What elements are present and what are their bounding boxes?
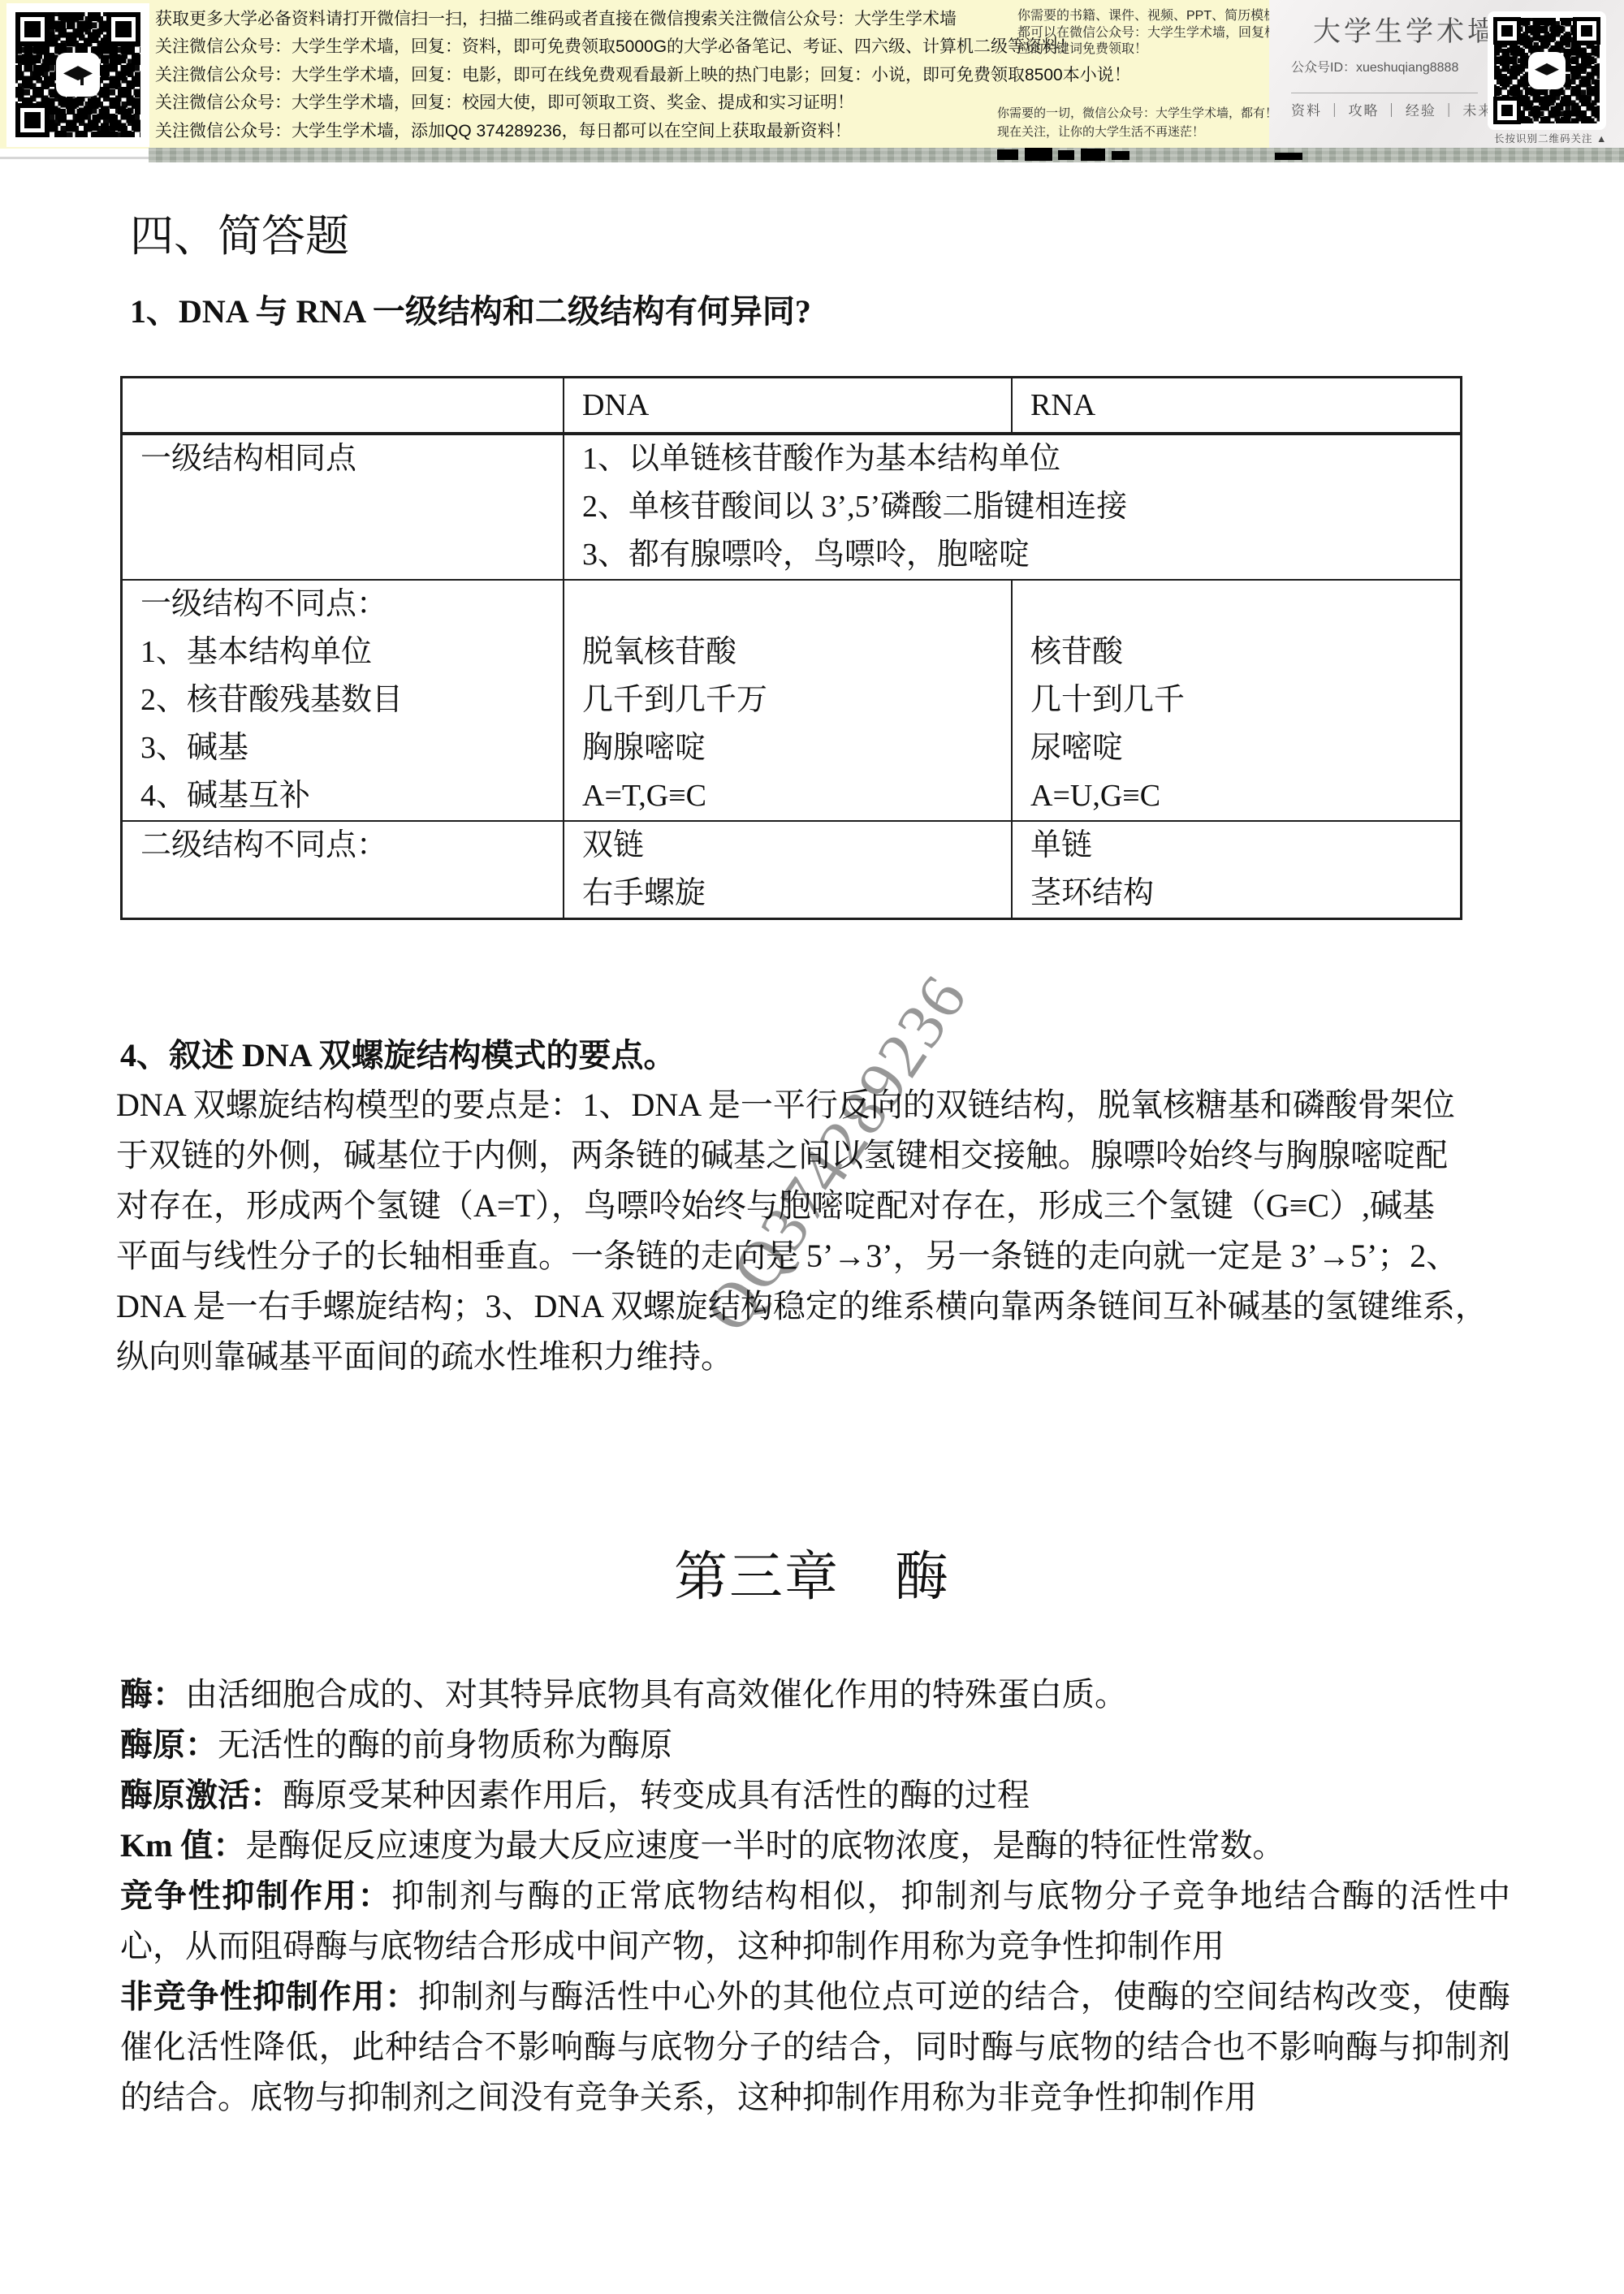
- banner-middle-paragraph-1: 你需要的书籍、课件、视频、PPT、简历模板 都可以在微信公众号：大学生学术墙，回…: [1017, 8, 1294, 58]
- chapter-title: 第三章 酶: [0, 1533, 1624, 1610]
- clipped-text-fragment: [1081, 149, 1105, 161]
- header-cell-empty: [123, 378, 563, 432]
- row-merged-cell: 1、以单链核苷酸作为基本结构单位 2、单核苷酸间以 3’,5’磷酸二脂键相连接 …: [563, 435, 1460, 579]
- definition-text: 无活性的酶的前身物质称为酶原: [218, 1726, 672, 1763]
- promo-banner: 获取更多大学必备资料请打开微信扫一扫，扫描二维码或者直接在微信搜索关注微信公众号…: [0, 0, 1624, 149]
- banner-middle-line: 应的关键词免费领取！: [1017, 41, 1294, 58]
- definition-term: 酶：: [120, 1676, 185, 1713]
- table-cell-line: A=U,G≡C: [1030, 772, 1460, 820]
- table-cell-line: 1、基本结构单位: [140, 629, 563, 676]
- scan-edge-strip: [149, 148, 1624, 162]
- answer-line: DNA 是一右手螺旋结构；3、DNA 双螺旋结构稳定的维系横向靠两条链间互补碱基…: [116, 1281, 1510, 1332]
- rna-cell: 单链 茎环结构: [1011, 822, 1460, 918]
- clipped-text-fragment: [1275, 153, 1302, 160]
- table-cell-line: A=T,G≡C: [582, 772, 1011, 820]
- qr-caption: 长按识别二维码关注 ▲: [1494, 134, 1607, 145]
- banner-middle-line: 现在关注，让你的大学生活不再迷茫！: [997, 123, 1281, 141]
- row-label-cell: 二级结构不同点：: [123, 822, 563, 918]
- table-cell-line: 双链: [582, 822, 1011, 870]
- definition-text: 由活细胞合成的、对其特异底物具有高效催化作用的特殊蛋白质。: [185, 1676, 1127, 1713]
- answer-line: 对存在，形成两个氢键（A=T），鸟嘌呤始终与胞嘧啶配对存在，形成三个氢键（G≡C…: [116, 1181, 1510, 1231]
- table-cell-line: 胸腺嘧啶: [582, 724, 1011, 772]
- clipped-text-fragment: [1112, 151, 1129, 160]
- definition-item: 酶：由活细胞合成的、对其特异底物具有高效催化作用的特殊蛋白质。: [120, 1670, 1510, 1720]
- row-label: 一级结构相同点: [140, 435, 563, 483]
- definition-item: Km 值：是酶促反应速度为最大反应速度一半时的底物浓度，是酶的特征性常数。: [120, 1821, 1510, 1871]
- answer-line: DNA 双螺旋结构模型的要点是：1、DNA 是一平行反向的双链结构，脱氧核糖基和…: [116, 1080, 1510, 1130]
- section-heading: 四、简答题: [130, 201, 349, 264]
- graduation-cap-icon: [1535, 63, 1559, 76]
- table-cell-line: 几千到几千万: [582, 676, 1011, 724]
- account-tags: 资料 ｜ 攻略 ｜ 经验 ｜ 未来: [1291, 104, 1493, 118]
- row-label-cell: 一级结构相同点: [123, 435, 563, 579]
- dna-cell: 脱氧核苷酸 几千到几千万 胸腺嘧啶 A=T,G≡C: [563, 581, 1011, 820]
- qr-code-left-box: [6, 3, 149, 147]
- definition-text: 是酶促反应速度为最大反应速度一半时的底物浓度，是酶的特征性常数。: [245, 1827, 1285, 1864]
- graduation-cap-logo: [1531, 54, 1563, 87]
- row-label: 一级结构不同点：: [140, 581, 563, 629]
- table-cell-line: 茎环结构: [1030, 870, 1460, 918]
- clipped-text-fragment: [1025, 148, 1052, 161]
- definition-item: 竞争性抑制作用：抑制剂与酶的正常底物结构相似，抑制剂与底物分子竞争地结合酶的活性…: [120, 1871, 1510, 1972]
- scan-edge-strip-left: [0, 157, 149, 159]
- banner-middle-paragraph-2: 你需要的一切，微信公众号：大学生学术墙，都有！ 现在关注，让你的大学生活不再迷茫…: [997, 104, 1281, 141]
- account-title: 大学生学术墙: [1313, 18, 1498, 45]
- spacer-line: [582, 581, 1011, 629]
- banner-middle-line: 你需要的书籍、课件、视频、PPT、简历模板: [1017, 8, 1294, 25]
- table-cell-line: 尿嘧啶: [1030, 724, 1460, 772]
- definition-item: 酶原：无活性的酶的前身物质称为酶原: [120, 1720, 1510, 1770]
- qr-finder-icon: [1493, 97, 1521, 124]
- table-row: 一级结构不同点： 1、基本结构单位 2、核苷酸残基数目 3、碱基 4、碱基互补 …: [123, 579, 1460, 820]
- graduation-cap-logo: [58, 55, 97, 94]
- graduation-cap-icon: [63, 66, 93, 80]
- definition-term: 酶原：: [120, 1726, 218, 1763]
- definitions-list: 酶：由活细胞合成的、对其特异底物具有高效催化作用的特殊蛋白质。 酶原：无活性的酶…: [120, 1670, 1510, 2123]
- question-4-answer: DNA 双螺旋结构模型的要点是：1、DNA 是一平行反向的双链结构，脱氧核糖基和…: [116, 1080, 1510, 1382]
- definition-term: 酶原激活：: [120, 1777, 283, 1813]
- table-row: 二级结构不同点： 双链 右手螺旋 单链 茎环结构: [123, 820, 1460, 918]
- qr-code-icon: [14, 11, 142, 139]
- qr-finder-icon: [106, 12, 140, 46]
- definition-item: 非竞争性抑制作用：抑制剂与酶活性中心外的其他位点可逆的结合，使酶的空间结构改变，…: [120, 1972, 1510, 2123]
- table-cell-line: 单链: [1030, 822, 1460, 870]
- definition-text: 酶原受某种因素作用后，转变成具有活性的酶的过程: [283, 1777, 1030, 1813]
- definition-term: 竞争性抑制作用：: [120, 1877, 391, 1914]
- banner-line: 获取更多大学必备资料请打开微信扫一扫，扫描二维码或者直接在微信搜索关注微信公众号…: [155, 6, 1131, 33]
- table-header-row: DNA RNA: [123, 378, 1460, 434]
- table-cell-line: 3、碱基: [140, 724, 563, 772]
- qr-finder-icon: [1573, 17, 1600, 45]
- table-cell-line: 3、都有腺嘌呤，鸟嘌呤，胞嘧啶: [582, 531, 1460, 579]
- row-label-cell: 一级结构不同点： 1、基本结构单位 2、核苷酸残基数目 3、碱基 4、碱基互补: [123, 581, 563, 820]
- graduation-cap-tassel: [80, 76, 84, 85]
- qr-code-icon: [1488, 11, 1606, 130]
- header-cell-rna: RNA: [1011, 378, 1460, 432]
- qr-finder-icon: [1493, 17, 1521, 45]
- row-label: 二级结构不同点：: [140, 822, 563, 870]
- qr-finder-icon: [15, 12, 50, 46]
- question-1-heading: 1、DNA 与 RNA 一级结构和二级结构有何异同?: [130, 286, 811, 332]
- banner-line: 关注微信公众号：大学生学术墙，回复：资料，即可免费领取5000G的大学必备笔记、…: [155, 33, 1131, 61]
- account-id: 公众号ID：xueshuqiang8888: [1291, 62, 1458, 75]
- card-divider: [1291, 93, 1478, 93]
- banner-middle-line: 你需要的一切，微信公众号：大学生学术墙，都有！: [997, 104, 1281, 123]
- table-cell-line: 1、以单链核苷酸作为基本结构单位: [582, 435, 1460, 483]
- spacer-line: [1030, 581, 1460, 629]
- table-cell-line: 脱氧核苷酸: [582, 629, 1011, 676]
- answer-line: 纵向则靠碱基平面间的疏水性堆积力维持。: [116, 1332, 1510, 1382]
- dna-cell: 双链 右手螺旋: [563, 822, 1011, 918]
- banner-line: 关注微信公众号：大学生学术墙，回复：电影，即可在线免费观看最新上映的热门电影；回…: [155, 62, 1131, 89]
- definition-item: 酶原激活：酶原受某种因素作用后，转变成具有活性的酶的过程: [120, 1770, 1510, 1821]
- answer-line: 平面与线性分子的长轴相垂直。一条链的走向是 5’→3’，另一条链的走向就一定是 …: [116, 1231, 1510, 1281]
- table-cell-line: 几十到几千: [1030, 676, 1460, 724]
- dna-rna-comparison-table: DNA RNA 一级结构相同点 1、以单链核苷酸作为基本结构单位 2、单核苷酸间…: [120, 376, 1462, 920]
- banner-line: 关注微信公众号：大学生学术墙，回复：校园大使，即可领取工资、奖金、提成和实习证明…: [155, 89, 1131, 117]
- clipped-text-fragment: [1058, 150, 1074, 160]
- table-cell-line: 右手螺旋: [582, 870, 1011, 918]
- table-cell-line: 核苷酸: [1030, 629, 1460, 676]
- table-cell-line: 2、核苷酸残基数目: [140, 676, 563, 724]
- wechat-account-card: 大学生学术墙 公众号ID：xueshuqiang8888 资料 ｜ 攻略 ｜ 经…: [1269, 0, 1624, 149]
- banner-middle-line: 都可以在微信公众号：大学生学术墙，回复相: [1017, 25, 1294, 42]
- table-cell-line: 2、单核苷酸间以 3’,5’磷酸二脂键相连接: [582, 483, 1460, 531]
- banner-promo-lines: 获取更多大学必备资料请打开微信扫一扫，扫描二维码或者直接在微信搜索关注微信公众号…: [155, 6, 1131, 145]
- banner-line: 关注微信公众号：大学生学术墙，添加QQ 374289236，每日都可以在空间上获…: [155, 118, 1131, 145]
- definition-term: 非竞争性抑制作用：: [120, 1978, 418, 2015]
- definition-term: Km 值：: [120, 1827, 245, 1864]
- answer-line: 于双链的外侧，碱基位于内侧，两条链的碱基之间以氢键相交接触。腺嘌呤始终与胸腺嘧啶…: [116, 1130, 1510, 1181]
- rna-cell: 核苷酸 几十到几千 尿嘧啶 A=U,G≡C: [1011, 581, 1460, 820]
- header-cell-dna: DNA: [563, 378, 1011, 432]
- table-cell-line: 4、碱基互补: [140, 772, 563, 820]
- clipped-text-fragment: [997, 149, 1018, 160]
- table-row: 一级结构相同点 1、以单链核苷酸作为基本结构单位 2、单核苷酸间以 3’,5’磷…: [123, 434, 1460, 579]
- question-4-heading: 4、叙述 DNA 双螺旋结构模式的要点。: [120, 1030, 676, 1076]
- qr-finder-icon: [15, 103, 50, 137]
